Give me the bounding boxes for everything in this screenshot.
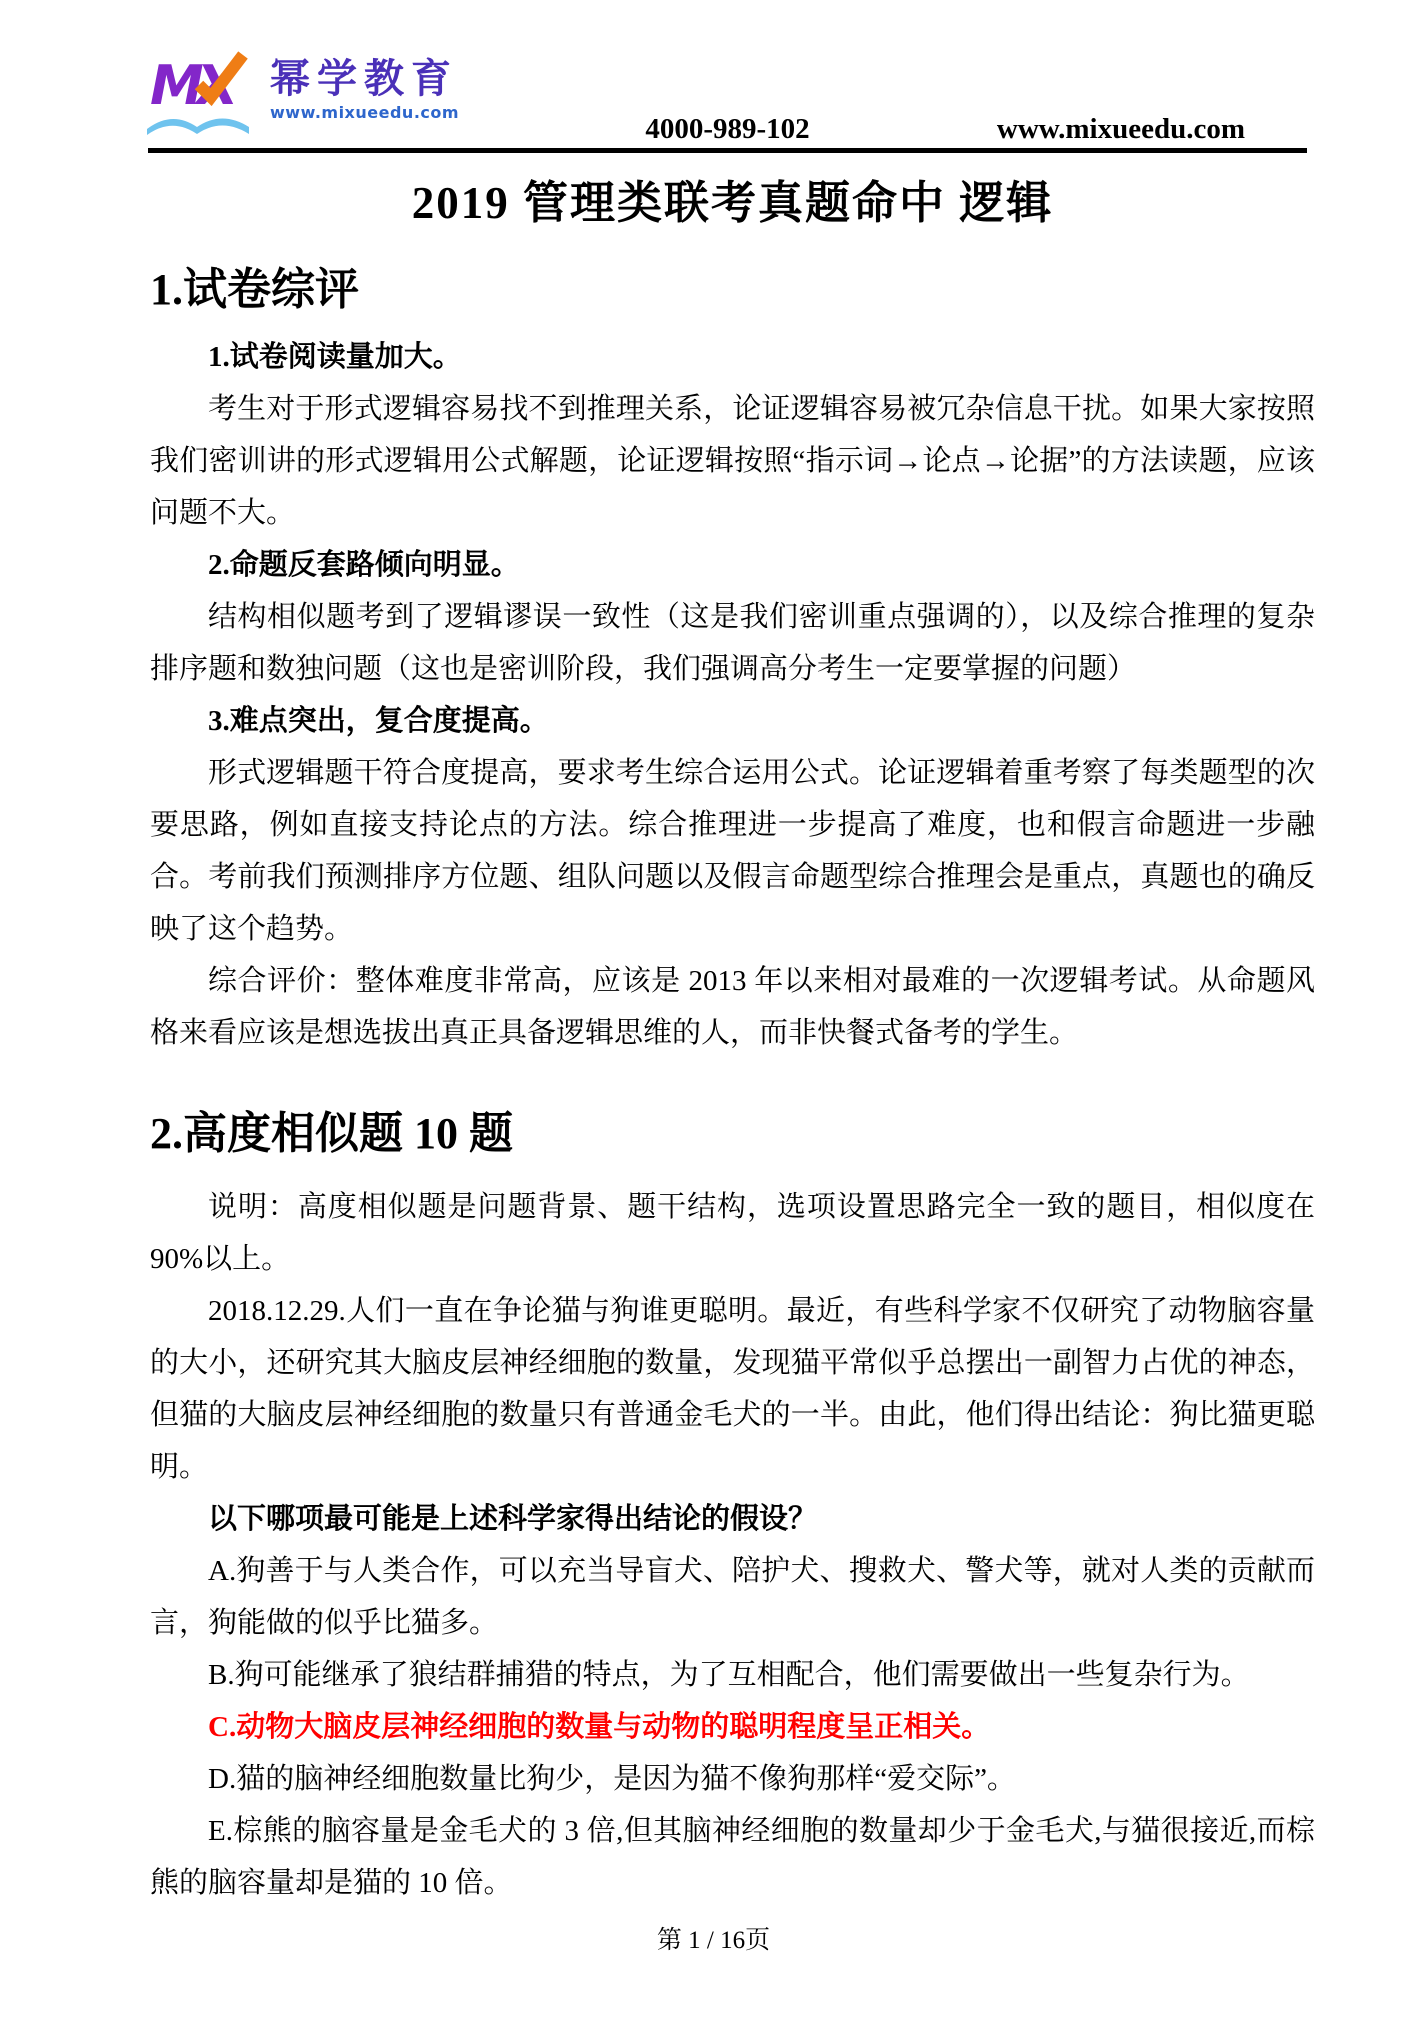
logo-book-wave-icon <box>146 108 250 136</box>
logo-check-icon <box>194 48 248 106</box>
header-phone-number: 4000-989-102 <box>645 113 809 146</box>
mixue-logo: MX 幂学教育 www.mixueedu.com <box>150 56 490 146</box>
subsection-3-body: 形式逻辑题干符合度提高，要求考生综合运用公式。论证逻辑着重考察了每类题型的次要思… <box>150 747 1315 955</box>
subsection-1-body: 考生对于形式逻辑容易找不到推理关系，论证逻辑容易被冗杂信息干扰。如果大家按照我们… <box>150 383 1315 539</box>
page-footer: 第 1 / 16页 <box>0 1920 1427 1956</box>
logo-mark: MX <box>150 58 262 142</box>
document-content: 2019 管理类联考真题命中 逻辑 1.试卷综评 1.试卷阅读量加大。 考生对于… <box>150 171 1315 1909</box>
subsection-2-heading: 2.命题反套路倾向明显。 <box>150 539 1315 591</box>
header-website: www.mixueedu.com <box>997 113 1245 146</box>
page-header: MX 幂学教育 www.mixueedu.com 4000-989-102 ww… <box>148 0 1307 153</box>
question-stem: 2018.12.29.人们一直在争论猫与狗谁更聪明。最近，有些科学家不仅研究了动… <box>150 1285 1315 1493</box>
option-e: E.棕熊的脑容量是金毛犬的 3 倍,但其脑神经细胞的数量却少于金毛犬,与猫很接近… <box>150 1805 1315 1909</box>
option-a: A.狗善于与人类合作，可以充当导盲犬、陪护犬、搜救犬、警犬等，就对人类的贡献而言… <box>150 1545 1315 1649</box>
option-c-highlighted-answer: C.动物大脑皮层神经细胞的数量与动物的聪明程度呈正相关。 <box>150 1701 1315 1753</box>
section-1-summary: 综合评价：整体难度非常高，应该是 2013 年以来相对最难的一次逻辑考试。从命题… <box>150 955 1315 1059</box>
question-prompt: 以下哪项最可能是上述科学家得出结论的假设？ <box>150 1493 1315 1545</box>
logo-company-name: 幂学教育 <box>270 56 459 102</box>
subsection-3-heading: 3.难点突出，复合度提高。 <box>150 695 1315 747</box>
document-page: MX 幂学教育 www.mixueedu.com 4000-989-102 ww… <box>0 0 1427 1909</box>
option-d: D.猫的脑神经细胞数量比狗少，是因为猫不像狗那样“爱交际”。 <box>150 1753 1315 1805</box>
option-b: B.狗可能继承了狼结群捕猎的特点，为了互相配合，他们需要做出一些复杂行为。 <box>150 1649 1315 1701</box>
subsection-1-heading: 1.试卷阅读量加大。 <box>150 331 1315 383</box>
section-2-note: 说明：高度相似题是问题背景、题干结构，选项设置思路完全一致的题目，相似度在 90… <box>150 1181 1315 1285</box>
subsection-2-body: 结构相似题考到了逻辑谬误一致性（这是我们密训重点强调的），以及综合推理的复杂排序… <box>150 591 1315 695</box>
section-2-heading: 2.高度相似题 10 题 <box>150 1103 1315 1165</box>
page-indicator: 第 1 / 16页 <box>657 1927 770 1954</box>
section-1-heading: 1.试卷综评 <box>150 259 1315 321</box>
page-title: 2019 管理类联考真题命中 逻辑 <box>150 171 1315 235</box>
logo-text-column: 幂学教育 www.mixueedu.com <box>270 56 459 122</box>
logo-website-url: www.mixueedu.com <box>270 103 459 122</box>
